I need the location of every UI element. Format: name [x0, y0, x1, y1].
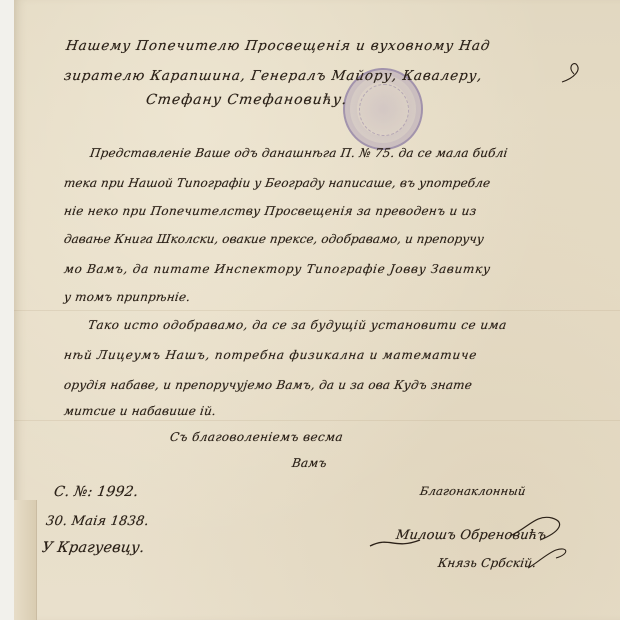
body-p1-line-3: ніе неко при Попечителству Просвещенія з…: [63, 204, 478, 218]
body-p1-line-5: мо Вамъ, да питате Инспектору Типографіе…: [63, 262, 492, 276]
seal-inner-ring: [359, 84, 409, 136]
fold-crease: [14, 310, 620, 311]
body-p2-line-2: нѣй Лицеумъ Нашъ, потребна физикална и м…: [63, 348, 478, 362]
closing-line-2: Вамъ: [291, 456, 328, 470]
torn-edge-fold: [14, 500, 37, 620]
body-p2-line-1: Тако исто одобравамо, да се за будущій у…: [87, 318, 508, 332]
body-p1-line-6: у томъ припрѣніе.: [63, 290, 191, 304]
address-flourish-icon: [560, 60, 600, 90]
body-p1-line-2: тека при Нашой Типографіи у Београду нап…: [63, 176, 491, 190]
address-line-3: Стефану Стефановићу.: [145, 92, 349, 108]
body-p2-line-4: митсие и набавише ій.: [63, 404, 217, 418]
reference-number: С. №: 1992.: [53, 484, 140, 500]
letter-date: 30. Маія 1838.: [45, 514, 150, 529]
valediction: Благонаклонный: [419, 484, 527, 498]
address-line-1: Нашему Попечителю Просвещенія и вyховном…: [65, 38, 492, 54]
document-scan: Нашему Попечителю Просвещенія и вyховном…: [0, 0, 620, 620]
fold-crease: [14, 420, 620, 421]
closing-line-1: Съ благоволеніемъ весма: [169, 430, 344, 444]
signature-flourish-icon: [360, 510, 600, 580]
letter-place: У Крагуевцу.: [41, 540, 146, 556]
body-p1-line-1: Представленіе Ваше одъ данашнѣга П. № 75…: [89, 146, 509, 160]
address-line-2: зирателю Карапшина, Генералъ Майору, Кав…: [63, 68, 484, 84]
body-p2-line-3: орудія набаве, и препоручујемо Вамъ, да …: [63, 378, 473, 392]
body-p1-line-4: давање Книга Школски, овакие прексе, одо…: [63, 232, 485, 246]
